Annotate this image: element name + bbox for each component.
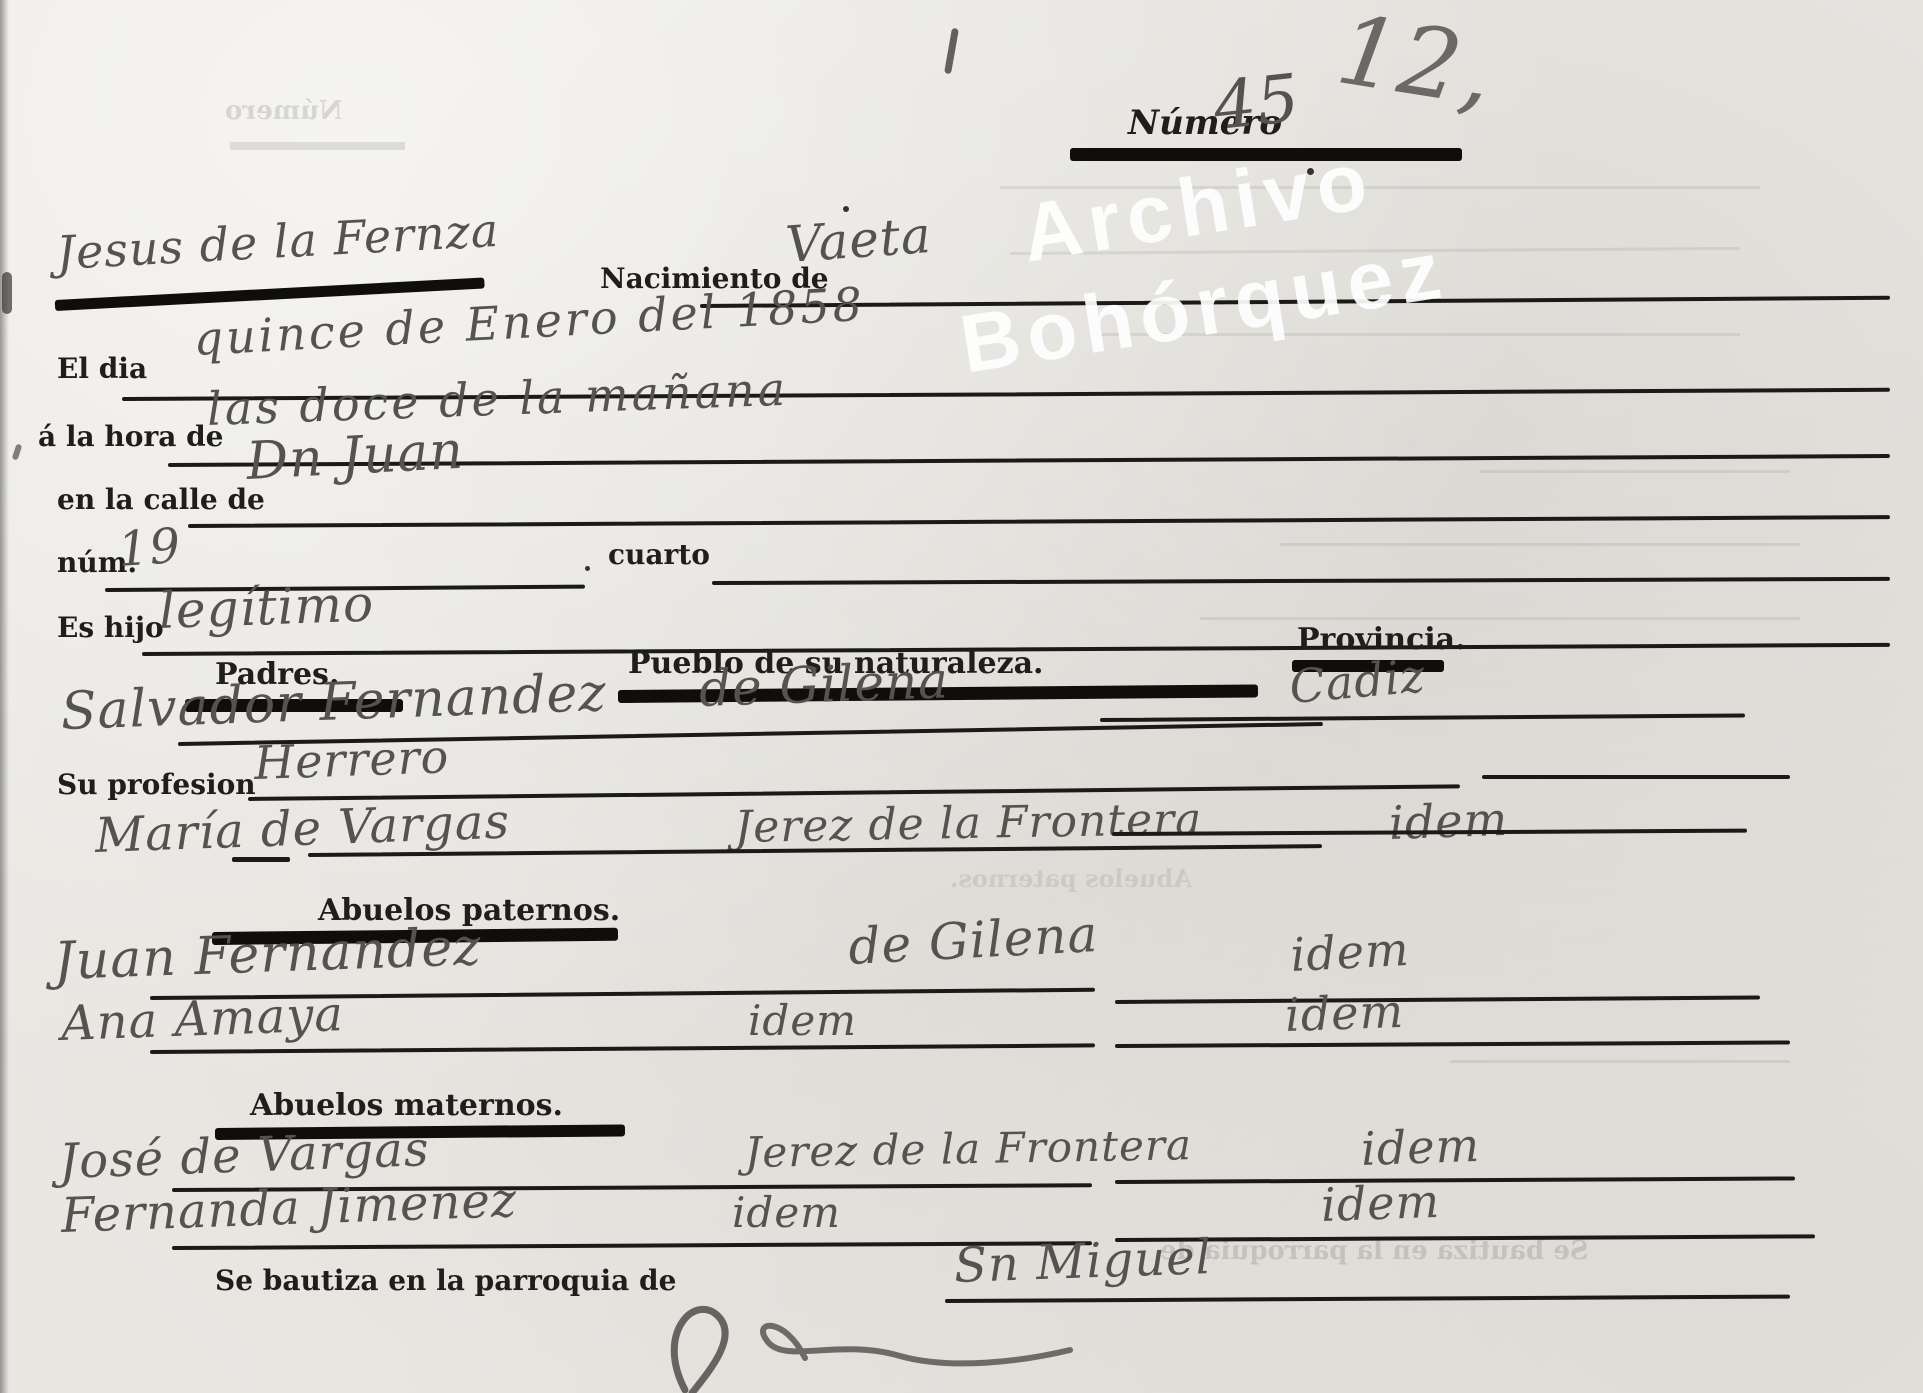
field-value-nacimiento: Vaeta xyxy=(784,206,934,274)
ruled-line xyxy=(188,515,1890,528)
field-value-calle: Dn Juan xyxy=(245,421,465,492)
gp-paterno-2-pueblo: idem xyxy=(748,996,857,1045)
label-su-profesion: Su profesion xyxy=(57,768,256,801)
value-su-profesion: Herrero xyxy=(253,729,450,790)
mother-provincia: idem xyxy=(1388,792,1509,850)
ruled-line xyxy=(712,577,1890,585)
gp-materno-1-pueblo: Jerez de la Frontera xyxy=(744,1120,1192,1177)
corner-page-number: 12, xyxy=(1330,0,1501,128)
field-value-num: 19 xyxy=(116,518,183,578)
gp-materno-2-pueblo: idem xyxy=(732,1188,841,1237)
ruled-line xyxy=(232,857,290,862)
ink-speck xyxy=(585,566,590,571)
header-abuelos-maternos: Abuelos maternos. xyxy=(250,1088,563,1123)
scanned-birth-record: Número Abuelos paternos. Se bautiza en l… xyxy=(0,0,1923,1393)
ghost-line xyxy=(1450,1060,1790,1063)
field-label-calle: en la calle de xyxy=(57,483,265,516)
ruled-line xyxy=(1482,775,1790,779)
field-value-hora: las doce de la mañana xyxy=(206,362,789,436)
field-label-el-dia: El dia xyxy=(57,352,147,385)
signature-flourish xyxy=(600,1298,1160,1393)
margin-name: Jesus de la Fernza xyxy=(55,203,500,280)
ink-mark xyxy=(12,443,23,460)
gp-paterno-1-pueblo: de Gilena xyxy=(847,905,1100,976)
father-name: Salvador Fernandez xyxy=(60,663,608,742)
ink-mark xyxy=(2,272,12,314)
gp-paterno-1-name: Juan Fernandez xyxy=(53,917,483,992)
ghost-line xyxy=(230,142,405,150)
scan-edge-shadow xyxy=(0,0,9,1393)
ghost-line xyxy=(1480,470,1790,473)
ruled-line xyxy=(150,1043,1095,1054)
gp-paterno-2-name: Ana Amaya xyxy=(60,986,345,1052)
field-label-bautizo: Se bautiza en la parroquia de xyxy=(215,1264,676,1297)
bleed-mirror-abuelos: Abuelos paternos. xyxy=(950,864,1192,893)
ruled-line xyxy=(1115,1176,1795,1184)
gp-materno-2-provincia: idem xyxy=(1320,1174,1441,1232)
ghost-line xyxy=(1200,617,1800,620)
ghost-line xyxy=(1280,543,1800,546)
father-provincia: Cadiz xyxy=(1287,648,1427,714)
field-value-es-hijo: legítimo xyxy=(158,575,375,640)
field-value-bautizo: Sn Miguel xyxy=(953,1229,1213,1294)
field-label-hora: á la hora de xyxy=(38,420,224,453)
ruled-line xyxy=(1115,1040,1790,1048)
field-label-es-hijo: Es hijo xyxy=(57,611,164,644)
mother-pueblo: Jerez de la Frontera xyxy=(734,794,1203,853)
bleed-mirror-numero: Número xyxy=(225,96,343,126)
field-label-cuarto: cuarto xyxy=(608,538,710,571)
gp-paterno-1-provincia: idem xyxy=(1289,922,1411,982)
gp-materno-1-provincia: idem xyxy=(1360,1118,1481,1176)
gp-paterno-2-provincia: idem xyxy=(1284,984,1405,1042)
numero-value: 45 xyxy=(1210,59,1304,145)
watermark: Archivo Bohórquez xyxy=(938,121,1454,395)
father-pueblo: de Gilena xyxy=(698,651,950,718)
ink-mark xyxy=(944,28,959,75)
ruled-line xyxy=(1115,995,1760,1004)
ruled-line xyxy=(1100,713,1745,722)
